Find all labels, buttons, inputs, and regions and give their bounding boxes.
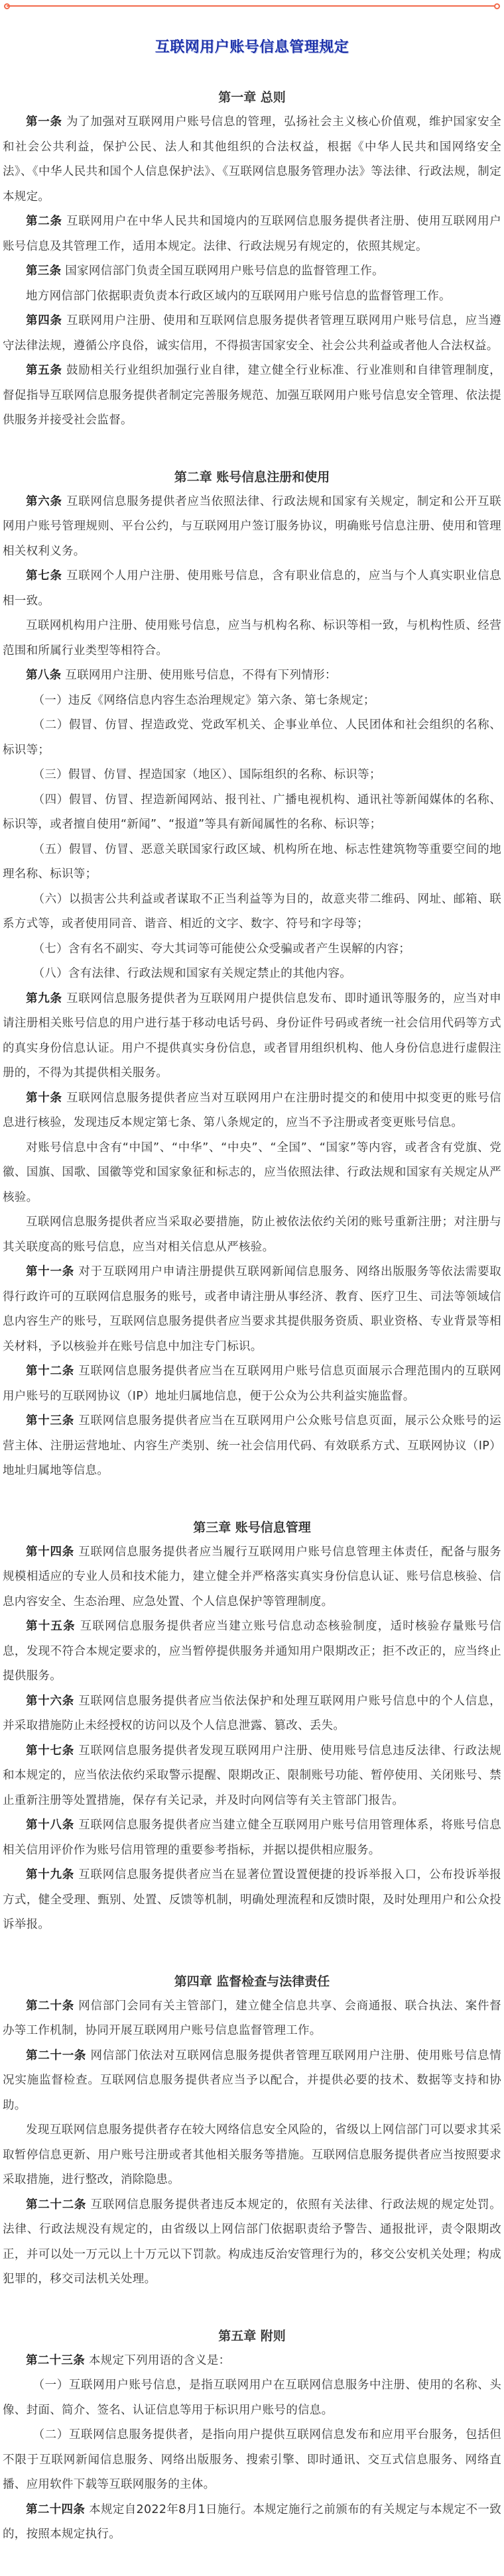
article-text: 互联网用户注册、使用和互联网信息服务提供者管理互联网用户账号信息，应当遵守法律法…	[3, 314, 501, 353]
article-paragraph: 第九条 互联网信息服务提供者为互联网用户提供信息发布、即时通讯等服务的，应当对申…	[0, 987, 504, 1086]
article-label: 第二十一条	[26, 2049, 86, 2062]
decorative-rule	[4, 1, 500, 11]
article-paragraph: 第四条 互联网用户注册、使用和互联网信息服务提供者管理互联网用户账号信息，应当遵…	[0, 309, 504, 359]
article-text: 鼓励相关行业组织加强行业自律，建立健全行业标准、行业准则和自律管理制度，督促指导…	[3, 364, 501, 427]
article-text: 本规定下列用语的含义是：	[89, 2354, 231, 2367]
chapter-section: 第二章 账号信息注册和使用第六条 互联网信息服务提供者应当依照法律、行政法规和国…	[0, 465, 504, 1484]
list-item: （八）含有法律、行政法规和国家有关规定禁止的其他内容。	[0, 962, 504, 987]
article-text: 互联网信息服务提供者应当采取必要措施，防止被依法依约关闭的账号重新注册；对注册与…	[3, 1215, 501, 1254]
article-text: （六）以损害公共利益或者谋取不正当利益等为目的，故意夹带二维码、网址、邮箱、联系…	[3, 893, 501, 931]
article-paragraph: 第七条 互联网个人用户注册、使用账号信息，含有职业信息的，应当与个人真实职业信息…	[0, 564, 504, 614]
article-label: 第二十条	[26, 1999, 74, 2013]
article-text: 互联网信息服务提供者应当依法保护和处理互联网用户账号信息中的个人信息，并采取措施…	[3, 1695, 501, 1733]
article-paragraph: 第十五条 互联网信息服务提供者应当建立账号信息动态核验制度，适时核验存量账号信息…	[0, 1614, 504, 1689]
article-label: 第二十三条	[26, 2354, 85, 2367]
article-text: 互联网机构用户注册、使用账号信息，应当与机构名称、标识等相一致，与机构性质、经营…	[3, 619, 501, 657]
article-paragraph: 互联网机构用户注册、使用账号信息，应当与机构名称、标识等相一致，与机构性质、经营…	[0, 614, 504, 663]
article-text: 互联网用户注册、使用账号信息，不得有下列情形：	[65, 669, 336, 682]
chapter-heading: 第一章 总则	[0, 85, 504, 110]
article-text: 互联网信息服务提供者应当建立健全互联网用户账号信用管理体系，将账号信息相关信用评…	[3, 1819, 501, 1857]
article-paragraph: 第十二条 互联网信息服务提供者应当在互联网用户账号信息页面展示合理范围内的互联网…	[0, 1359, 504, 1409]
article-paragraph: 第二十条 网信部门会同有关主管部门，建立健全信息共享、会商通报、联合执法、案件督…	[0, 1994, 504, 2044]
article-text: （三）假冒、仿冒、捏造国家（地区）、国际组织的名称、标识等；	[33, 768, 381, 781]
article-text: 互联网信息服务提供者应当履行互联网用户账号信息管理主体责任，配备与服务规模相适应…	[3, 1545, 501, 1608]
article-label: 第十一条	[26, 1265, 74, 1278]
article-paragraph: 第三条 国家网信部门负责全国互联网用户账号信息的监督管理工作。	[0, 259, 504, 284]
article-text: 互联网信息服务提供者应当在互联网用户公众账号信息页面，展示公众账号的运营主体、注…	[3, 1414, 501, 1477]
article-paragraph: 第十三条 互联网信息服务提供者应当在互联网用户公众账号信息页面，展示公众账号的运…	[0, 1409, 504, 1484]
article-label: 第四条	[26, 314, 62, 327]
article-text: （一）违反《网络信息内容生态治理规定》第六条、第七条规定；	[33, 694, 375, 707]
article-text: 为了加强对互联网用户账号信息的管理，弘扬社会主义核心价值观，维护国家安全和社会公…	[3, 115, 501, 203]
article-paragraph: 第十一条 对于互联网用户申请注册提供互联网新闻信息服务、网络出版服务等依法需要取…	[0, 1260, 504, 1359]
article-label: 第十四条	[26, 1545, 74, 1559]
document-title: 互联网用户账号信息管理规定	[0, 36, 504, 56]
article-text: 互联网信息服务提供者应当依照法律、行政法规和国家有关规定，制定和公开互联网用户账…	[3, 495, 501, 558]
article-label: 第十八条	[26, 1819, 74, 1832]
article-paragraph: 第十八条 互联网信息服务提供者应当建立健全互联网用户账号信用管理体系，将账号信息…	[0, 1813, 504, 1863]
document-body: 第一章 总则第一条 为了加强对互联网用户账号信息的管理，弘扬社会主义核心价值观，…	[0, 85, 504, 2548]
list-item: （六）以损害公共利益或者谋取不正当利益等为目的，故意夹带二维码、网址、邮箱、联系…	[0, 887, 504, 937]
article-label: 第二十四条	[26, 2503, 85, 2516]
article-paragraph: 地方网信部门依据职责负责本行政区域内的互联网用户账号信息的监督管理工作。	[0, 284, 504, 309]
rule-endpoint-icon	[494, 3, 500, 9]
article-paragraph: 第二十四条 本规定自2022年8月1日施行。本规定施行之前颁布的有关规定与本规定…	[0, 2498, 504, 2548]
chapter-section: 第一章 总则第一条 为了加强对互联网用户账号信息的管理，弘扬社会主义核心价值观，…	[0, 85, 504, 433]
article-paragraph: 第二十一条 网信部门依法对互联网信息服务提供者管理互联网用户注册、使用账号信息情…	[0, 2044, 504, 2119]
article-label: 第六条	[26, 495, 62, 508]
article-label: 第七条	[26, 569, 62, 583]
chapter-heading: 第四章 监督检查与法律责任	[0, 1970, 504, 1994]
article-text: 互联网信息服务提供者发现互联网用户注册、使用账号信息违反法律、行政法规和本规定的…	[3, 1744, 501, 1807]
article-label: 第十九条	[26, 1868, 74, 1881]
article-text: （八）含有法律、行政法规和国家有关规定禁止的其他内容。	[33, 967, 352, 980]
article-paragraph: 发现互联网信息服务提供者存在较大网络信息安全风险的，省级以上网信部门可以要求其采…	[0, 2118, 504, 2193]
list-item: （二）假冒、仿冒、捏造政党、党政军机关、企事业单位、人民团体和社会组织的名称、标…	[0, 713, 504, 763]
chapter-heading: 第三章 账号信息管理	[0, 1516, 504, 1540]
article-paragraph: 第二十二条 互联网信息服务提供者违反本规定的，依照有关法律、行政法规的规定处罚。…	[0, 2193, 504, 2292]
list-item: （一）违反《网络信息内容生态治理规定》第六条、第七条规定；	[0, 689, 504, 714]
article-paragraph: 第十七条 互联网信息服务提供者发现互联网用户注册、使用账号信息违反法律、行政法规…	[0, 1739, 504, 1814]
article-text: （一）互联网用户账号信息，是指互联网用户在互联网信息服务中注册、使用的名称、头像…	[3, 2379, 501, 2417]
article-paragraph: 第六条 互联网信息服务提供者应当依照法律、行政法规和国家有关规定，制定和公开互联…	[0, 490, 504, 565]
article-label: 第十条	[26, 1092, 62, 1105]
article-text: 互联网信息服务提供者应当在互联网用户账号信息页面展示合理范围内的互联网用户账号的…	[3, 1365, 501, 1403]
chapter-section: 第四章 监督检查与法律责任第二十条 网信部门会同有关主管部门，建立健全信息共享、…	[0, 1970, 504, 2292]
article-label: 第十二条	[26, 1365, 74, 1378]
list-item: （七）含有名不副实、夸大其词等可能使公众受骗或者产生误解的内容；	[0, 937, 504, 962]
article-text: （七）含有名不副实、夸大其词等可能使公众受骗或者产生误解的内容；	[33, 942, 411, 956]
chapter-section: 第三章 账号信息管理第十四条 互联网信息服务提供者应当履行互联网用户账号信息管理…	[0, 1516, 504, 1938]
article-text: 互联网信息服务提供者为互联网用户提供信息发布、即时通讯等服务的，应当对申请注册相…	[3, 992, 501, 1080]
article-text: 国家网信部门负责全国互联网用户账号信息的监督管理工作。	[65, 264, 384, 278]
article-text: 对于互联网用户申请注册提供互联网新闻信息服务、网络出版服务等依法需要取得行政许可…	[3, 1265, 501, 1353]
article-text: 网信部门会同有关主管部门，建立健全信息共享、会商通报、联合执法、案件督办等工作机…	[3, 1999, 501, 2038]
article-label: 第十三条	[26, 1414, 74, 1428]
page: 互联网用户账号信息管理规定 第一章 总则第一条 为了加强对互联网用户账号信息的管…	[0, 1, 504, 2548]
article-text: 互联网信息服务提供者应当对互联网用户在注册时提交的和使用中拟变更的账号信息进行核…	[3, 1092, 501, 1130]
list-item: （五）假冒、仿冒、恶意关联国家行政区域、机构所在地、标志性建筑物等重要空间的地理…	[0, 838, 504, 887]
list-item: （二）互联网信息服务提供者，是指向用户提供互联网信息发布和应用平台服务，包括但不…	[0, 2423, 504, 2498]
article-label: 第十六条	[26, 1695, 74, 1708]
article-text: 对账号信息中含有“中国”、“中华”、“中央”、“全国”、“国家”等内容，或者含有…	[3, 1141, 501, 1204]
article-paragraph: 第二十三条 本规定下列用语的含义是：	[0, 2349, 504, 2374]
article-text: （四）假冒、仿冒、捏造新闻网站、报刊社、广播电视机构、通讯社等新闻媒体的名称、标…	[3, 793, 501, 832]
chapter-section: 第五章 附则第二十三条 本规定下列用语的含义是：（一）互联网用户账号信息，是指互…	[0, 2324, 504, 2548]
article-paragraph: 第五条 鼓励相关行业组织加强行业自律，建立健全行业标准、行业准则和自律管理制度，…	[0, 359, 504, 433]
article-label: 第八条	[26, 669, 61, 682]
article-label: 第三条	[26, 264, 61, 278]
article-paragraph: 第十四条 互联网信息服务提供者应当履行互联网用户账号信息管理主体责任，配备与服务…	[0, 1540, 504, 1615]
article-text: （二）假冒、仿冒、捏造政党、党政军机关、企事业单位、人民团体和社会组织的名称、标…	[3, 718, 501, 757]
article-paragraph: 第十条 互联网信息服务提供者应当对互联网用户在注册时提交的和使用中拟变更的账号信…	[0, 1086, 504, 1136]
list-item: （一）互联网用户账号信息，是指互联网用户在互联网信息服务中注册、使用的名称、头像…	[0, 2373, 504, 2423]
article-label: 第十五条	[26, 1620, 76, 1633]
article-label: 第二十二条	[26, 2198, 86, 2212]
article-paragraph: 第八条 互联网用户注册、使用账号信息，不得有下列情形：	[0, 663, 504, 689]
article-paragraph: 第二条 互联网用户在中华人民共和国境内的互联网信息服务提供者注册、使用互联网用户…	[0, 209, 504, 259]
list-item: （四）假冒、仿冒、捏造新闻网站、报刊社、广播电视机构、通讯社等新闻媒体的名称、标…	[0, 788, 504, 838]
chapter-heading: 第二章 账号信息注册和使用	[0, 465, 504, 490]
article-text: 互联网信息服务提供者应当建立账号信息动态核验制度，适时核验存量账号信息，发现不符…	[3, 1620, 501, 1683]
article-text: 互联网用户在中华人民共和国境内的互联网信息服务提供者注册、使用互联网用户账号信息…	[3, 215, 501, 253]
article-paragraph: 对账号信息中含有“中国”、“中华”、“中央”、“全国”、“国家”等内容，或者含有…	[0, 1136, 504, 1211]
article-text: （五）假冒、仿冒、恶意关联国家行政区域、机构所在地、标志性建筑物等重要空间的地理…	[3, 843, 501, 881]
article-label: 第九条	[26, 992, 62, 1005]
article-label: 第十七条	[26, 1744, 74, 1758]
article-label: 第二条	[26, 215, 62, 228]
rule-line	[7, 5, 497, 7]
article-paragraph: 第一条 为了加强对互联网用户账号信息的管理，弘扬社会主义核心价值观，维护国家安全…	[0, 110, 504, 209]
chapter-heading: 第五章 附则	[0, 2324, 504, 2349]
article-text: 地方网信部门依据职责负责本行政区域内的互联网用户账号信息的监督管理工作。	[26, 290, 451, 303]
article-label: 第一条	[26, 115, 62, 129]
article-text: 发现互联网信息服务提供者存在较大网络信息安全风险的，省级以上网信部门可以要求其采…	[3, 2123, 501, 2186]
article-paragraph: 第十六条 互联网信息服务提供者应当依法保护和处理互联网用户账号信息中的个人信息，…	[0, 1689, 504, 1739]
article-paragraph: 第十九条 互联网信息服务提供者应当在显著位置设置便捷的投诉举报入口，公布投诉举报…	[0, 1863, 504, 1938]
article-label: 第五条	[26, 364, 62, 377]
article-paragraph: 互联网信息服务提供者应当采取必要措施，防止被依法依约关闭的账号重新注册；对注册与…	[0, 1210, 504, 1260]
article-text: 互联网个人用户注册、使用账号信息，含有职业信息的，应当与个人真实职业信息相一致。	[3, 569, 501, 608]
list-item: （三）假冒、仿冒、捏造国家（地区）、国际组织的名称、标识等；	[0, 763, 504, 788]
article-text: 互联网信息服务提供者应当在显著位置设置便捷的投诉举报入口，公布投诉举报方式，健全…	[3, 1868, 501, 1931]
article-text: （二）互联网信息服务提供者，是指向用户提供互联网信息发布和应用平台服务，包括但不…	[3, 2428, 501, 2491]
